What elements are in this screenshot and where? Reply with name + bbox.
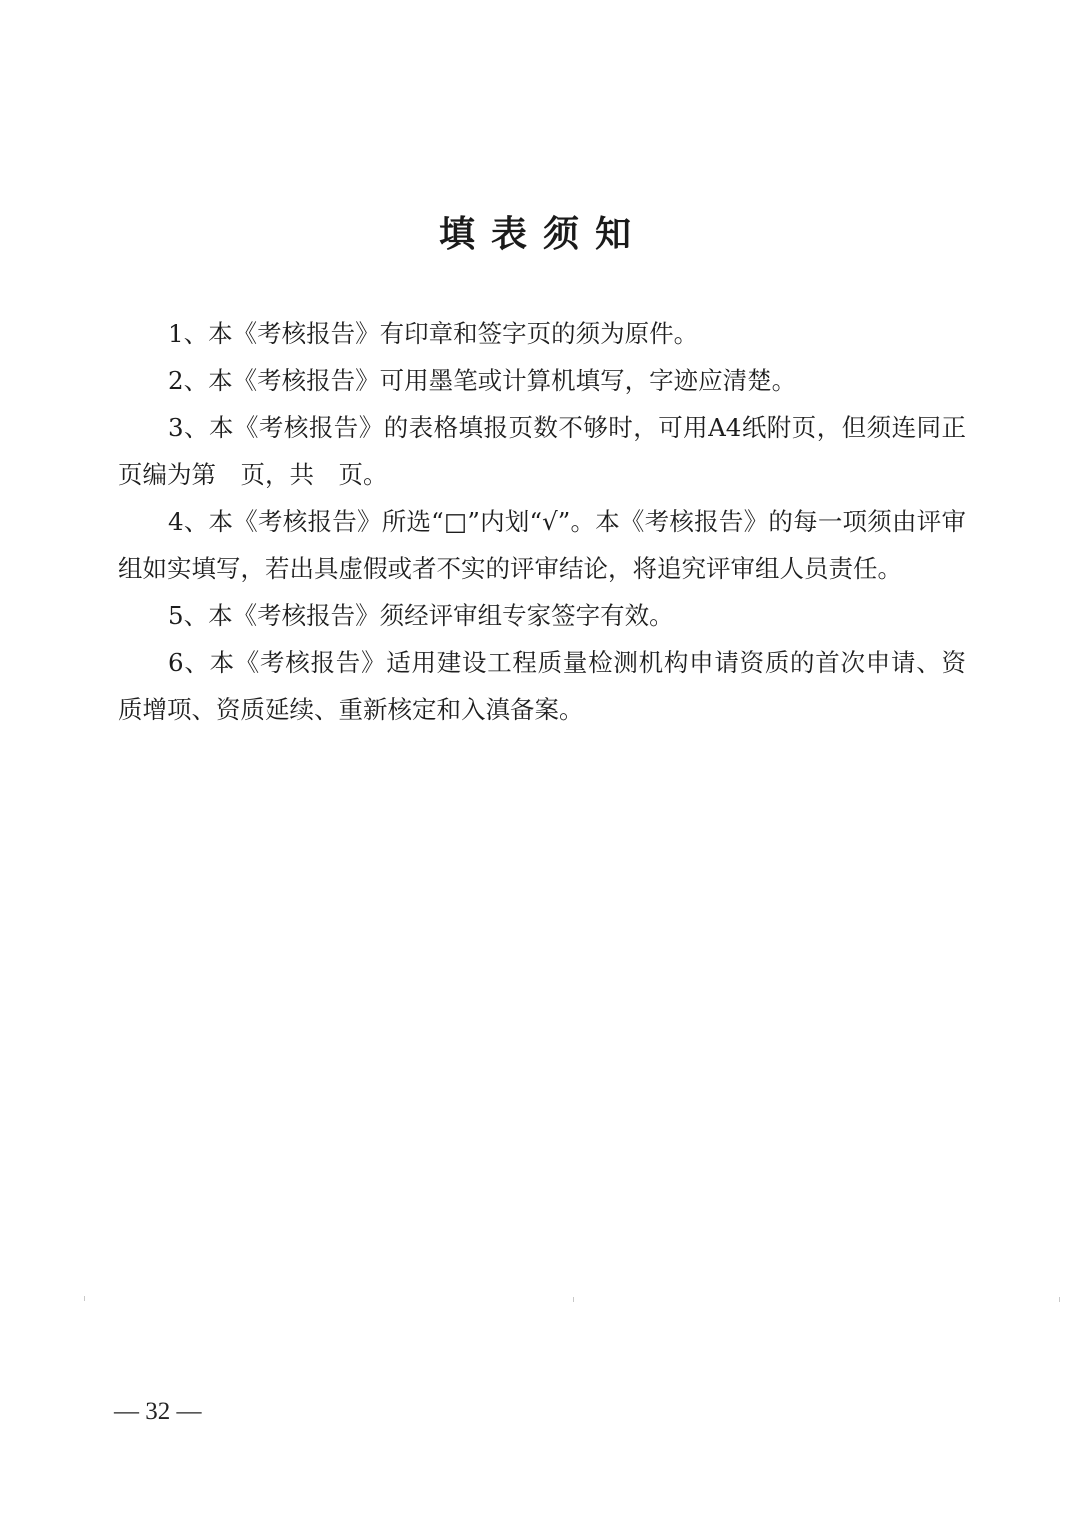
- instruction-item-4: 4、本《考核报告》所选“□”内划“√”。本《考核报告》的每一项须由评审组如实填写…: [118, 498, 966, 592]
- instruction-item-2: 2、本《考核报告》可用墨笔或计算机填写，字迹应清楚。: [118, 357, 966, 404]
- instruction-item-6: 6、本《考核报告》适用建设工程质量检测机构申请资质的首次申请、资质增项、资质延续…: [118, 639, 966, 733]
- instruction-item-1: 1、本《考核报告》有印章和签字页的须为原件。: [118, 310, 966, 357]
- page-title: 填表须知: [0, 210, 1080, 260]
- document-page: 填表须知 1、本《考核报告》有印章和签字页的须为原件。 2、本《考核报告》可用墨…: [0, 0, 1080, 1526]
- instruction-item-5: 5、本《考核报告》须经评审组专家签字有效。: [118, 592, 966, 639]
- page-number: — 32 —: [114, 1396, 202, 1428]
- scan-speck: [1059, 1297, 1060, 1302]
- scan-speck: [84, 1296, 85, 1301]
- scan-speck: [573, 1297, 574, 1302]
- instructions-list: 1、本《考核报告》有印章和签字页的须为原件。 2、本《考核报告》可用墨笔或计算机…: [118, 310, 966, 733]
- instruction-item-3: 3、本《考核报告》的表格填报页数不够时，可用A4纸附页，但须连同正页编为第 页，…: [118, 404, 966, 498]
